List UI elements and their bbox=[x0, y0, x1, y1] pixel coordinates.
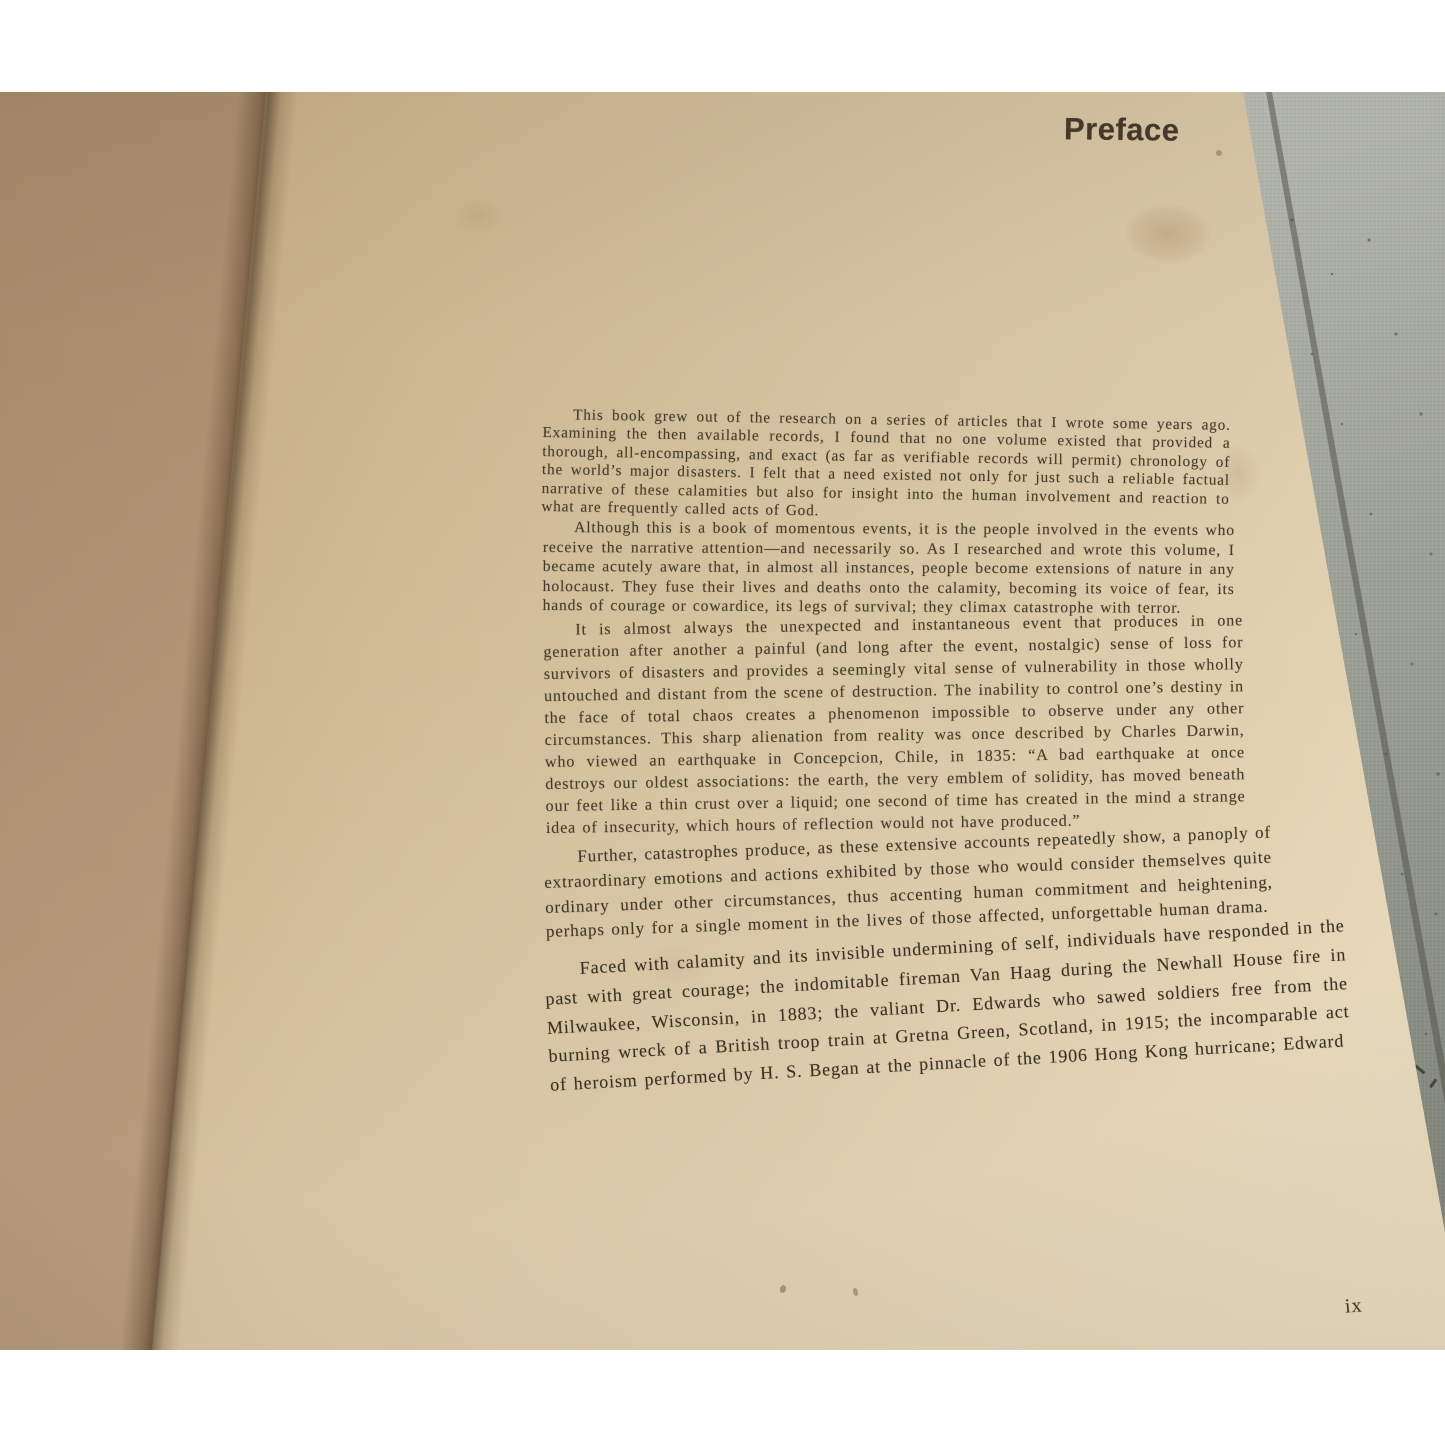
page-speck bbox=[1216, 150, 1222, 156]
book-photo: Preface This book grew out of the resear… bbox=[0, 92, 1445, 1350]
page-stain bbox=[1125, 204, 1211, 264]
paragraph: Although this is a book of momentous eve… bbox=[543, 518, 1235, 619]
paragraph: This book grew out of the research on a … bbox=[541, 406, 1231, 527]
white-frame-top bbox=[0, 0, 1445, 92]
page-title: Preface bbox=[1064, 111, 1180, 149]
white-frame-bottom bbox=[0, 1350, 1445, 1445]
page-number: ix bbox=[1344, 1294, 1363, 1318]
paragraph: It is almost always the unexpected and i… bbox=[543, 611, 1246, 841]
preface-text-block: This book grew out of the research on a … bbox=[543, 406, 1363, 1100]
page-stain bbox=[452, 198, 504, 234]
